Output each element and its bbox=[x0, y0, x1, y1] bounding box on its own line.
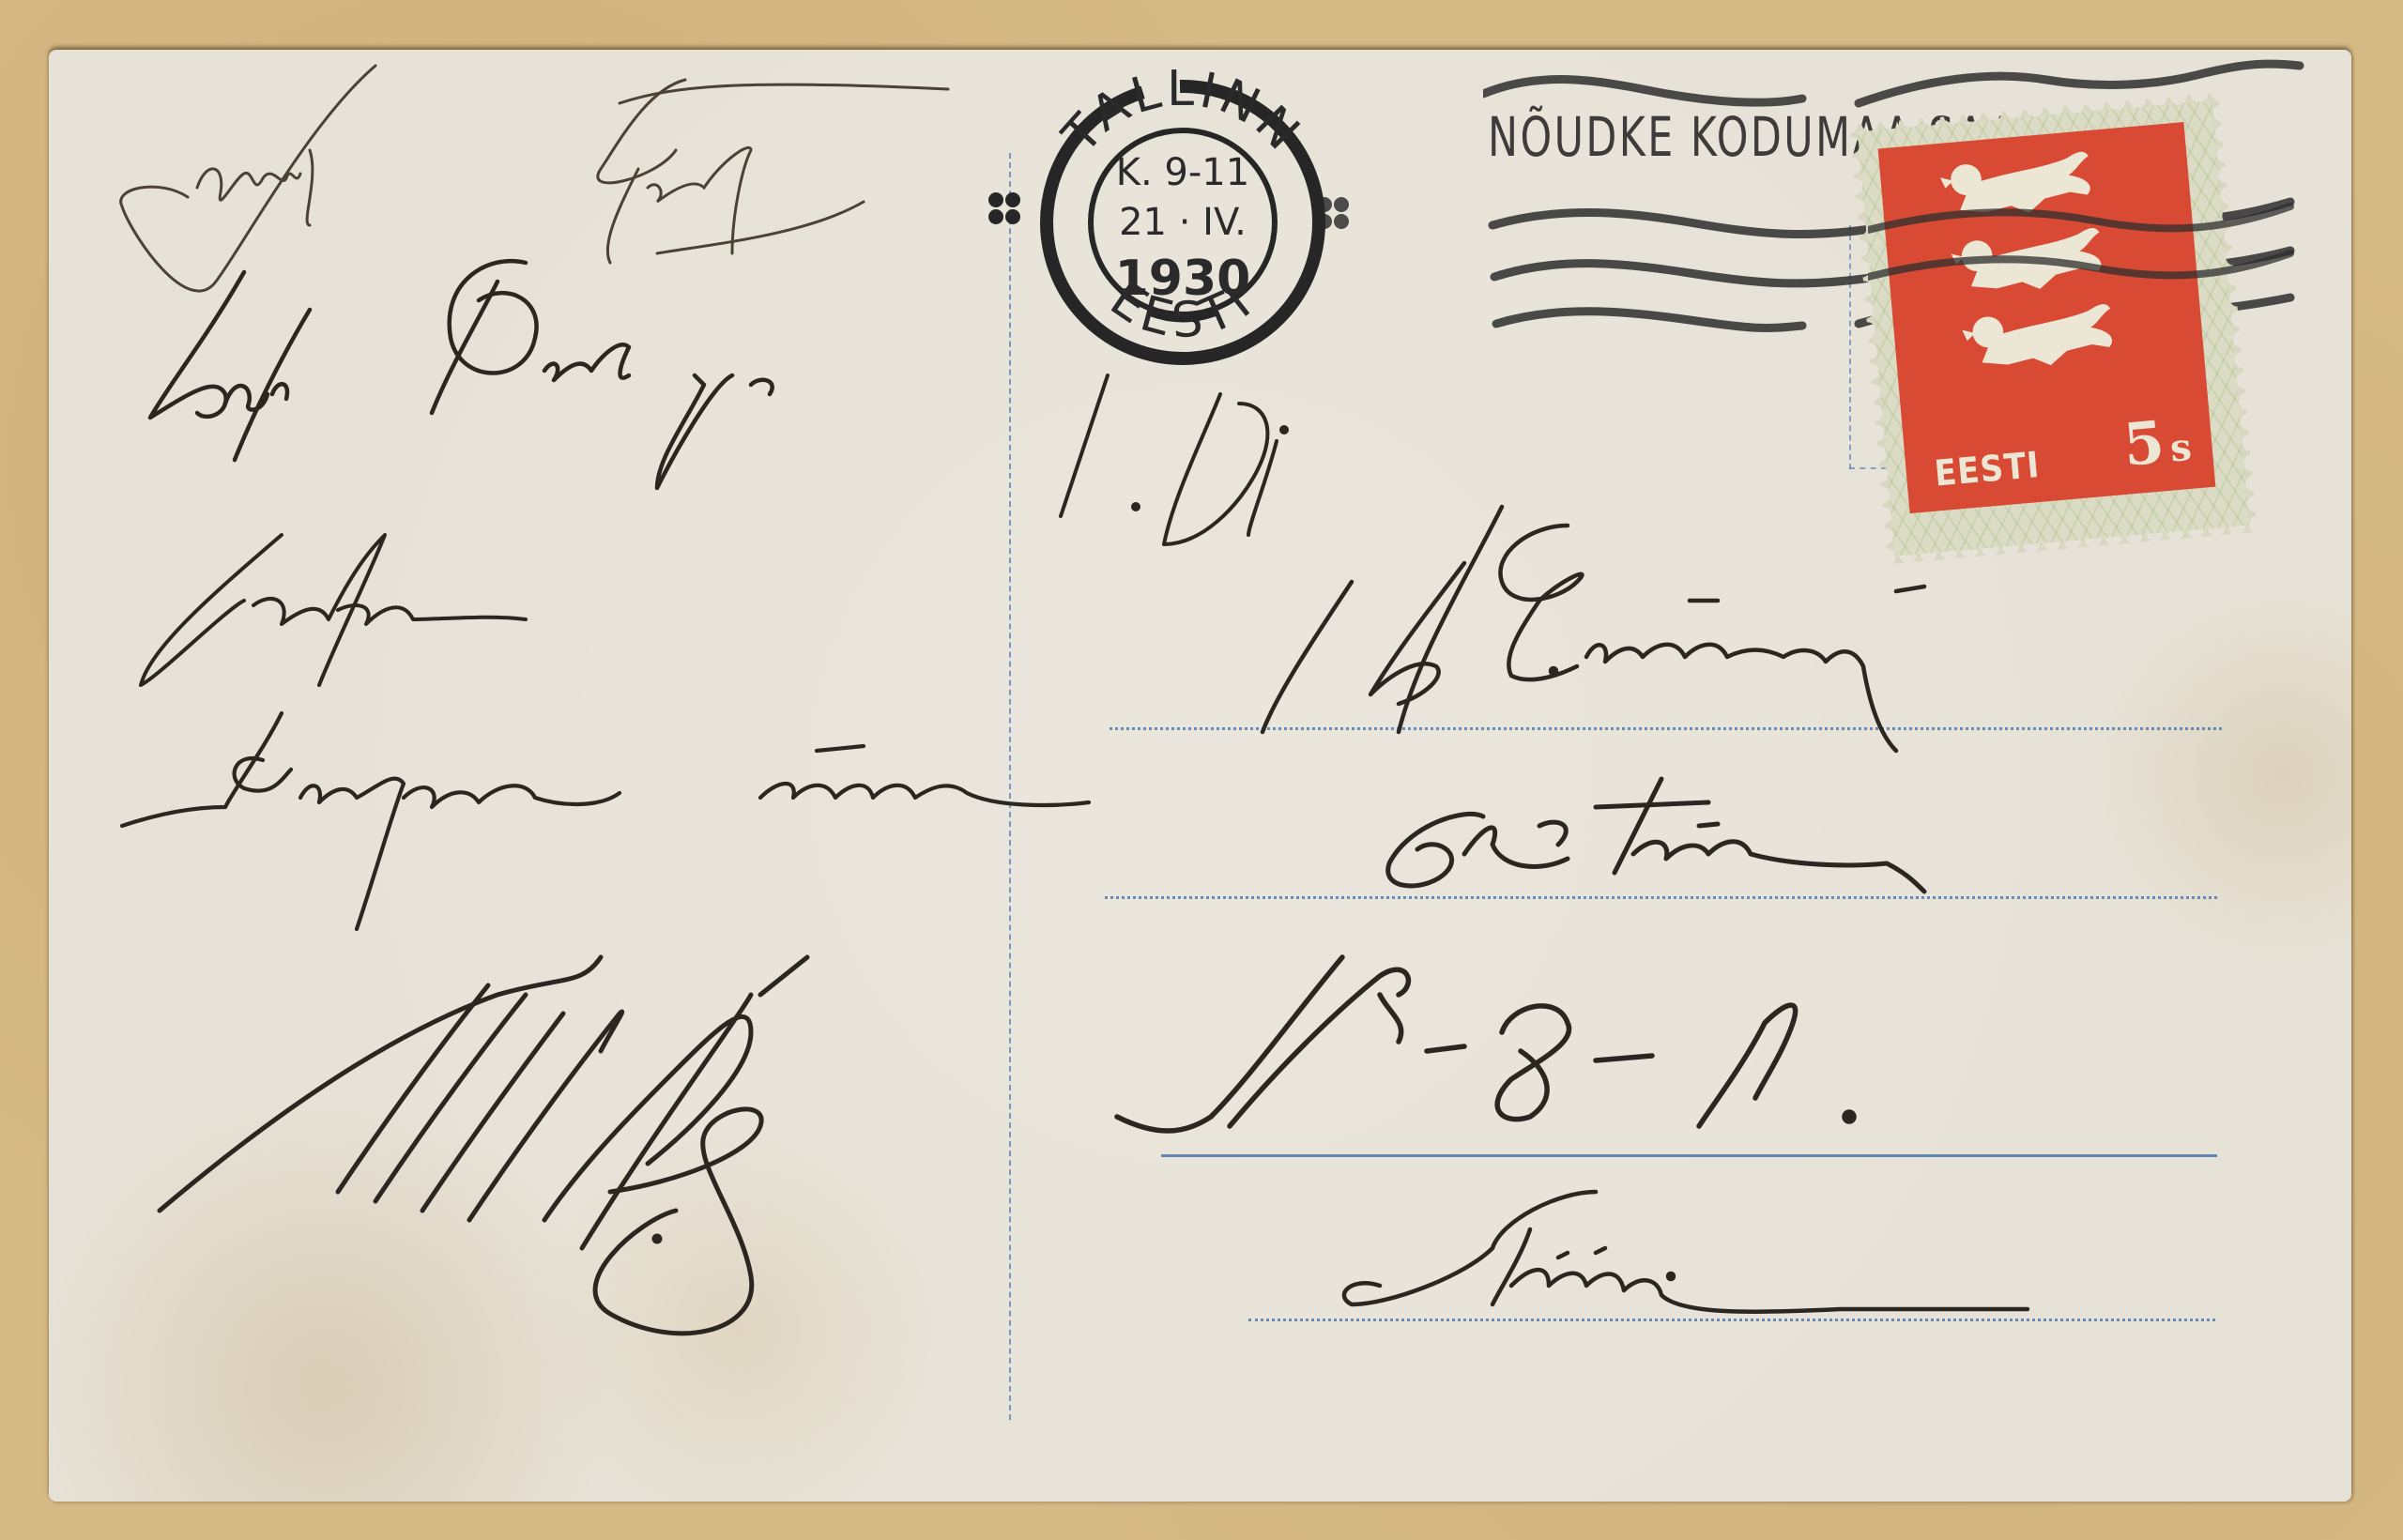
message-line-4 bbox=[122, 713, 1089, 929]
message-line-1 bbox=[121, 66, 948, 291]
handwriting-layer bbox=[0, 0, 2403, 1540]
message-line-2 bbox=[150, 261, 773, 488]
signature bbox=[160, 957, 807, 1334]
message-line-3 bbox=[141, 535, 526, 685]
address-line-2 bbox=[1388, 779, 1924, 892]
address-line-1 bbox=[1263, 507, 1924, 751]
address-line-4 bbox=[1344, 1192, 2028, 1312]
address-prefix bbox=[1061, 375, 1287, 544]
address-line-3 bbox=[1117, 957, 1854, 1131]
